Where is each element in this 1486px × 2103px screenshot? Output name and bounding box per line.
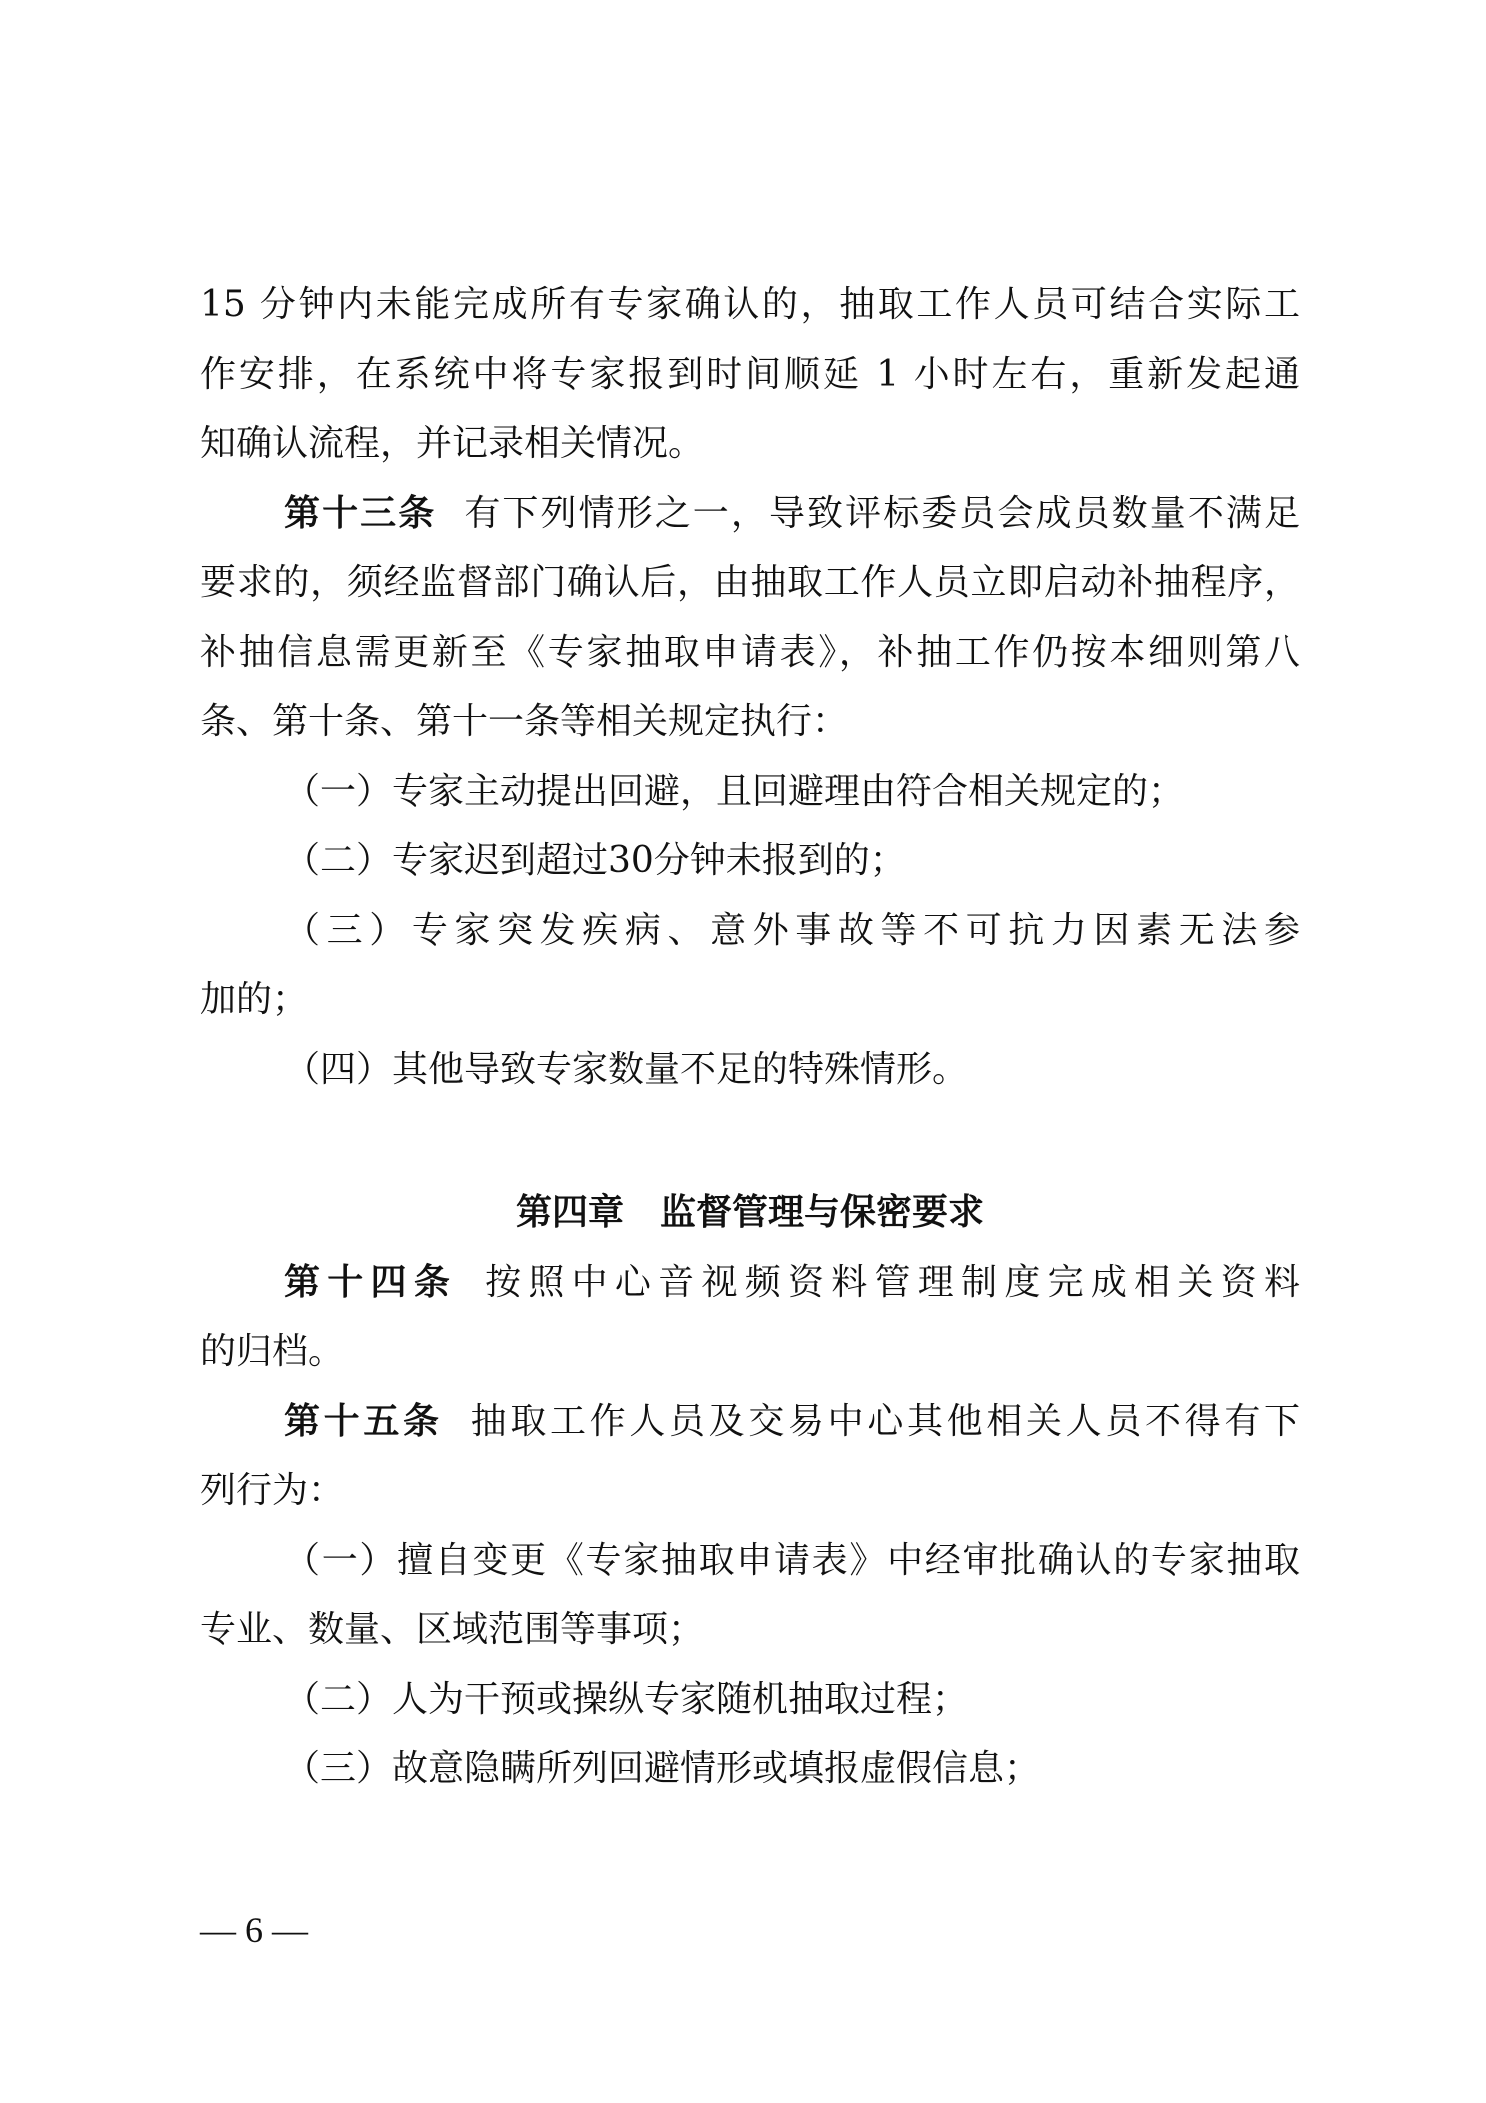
article-14-line-2: 的归档。 bbox=[200, 1317, 1300, 1387]
article-13-line-1: 第十三条有下列情形之一，导致评标委员会成员数量不满足 bbox=[200, 479, 1300, 549]
article-13-heading: 第十三条 bbox=[284, 493, 436, 534]
article-15-text: 抽取工作人员及交易中心其他相关人员不得有下 bbox=[471, 1401, 1300, 1442]
article-13-line-4: 条、第十条、第十一条等相关规定执行： bbox=[200, 687, 1300, 757]
article-14-line-1: 第十四条按照中心音视频资料管理制度完成相关资料 bbox=[200, 1248, 1300, 1318]
chapter-heading: 第四章监督管理与保密要求 bbox=[200, 1178, 1300, 1248]
article-13-item-3-cont: 加的； bbox=[200, 965, 1300, 1035]
article-15-item-3: （三）故意隐瞒所列回避情形或填报虚假信息； bbox=[200, 1734, 1300, 1804]
chapter-title: 监督管理与保密要求 bbox=[660, 1192, 984, 1233]
article-15-heading: 第十五条 bbox=[284, 1401, 443, 1442]
page-number: — 6 — bbox=[200, 1908, 308, 1952]
chapter-number: 第四章 bbox=[516, 1192, 624, 1233]
paragraph-line: 15 分钟内未能完成所有专家确认的，抽取工作人员可结合实际工 bbox=[200, 270, 1300, 340]
document-page: 15 分钟内未能完成所有专家确认的，抽取工作人员可结合实际工 作安排，在系统中将… bbox=[0, 0, 1486, 2103]
paragraph-line: 知确认流程，并记录相关情况。 bbox=[200, 409, 1300, 479]
article-15-line-1: 第十五条抽取工作人员及交易中心其他相关人员不得有下 bbox=[200, 1387, 1300, 1457]
article-13-item-1: （一）专家主动提出回避，且回避理由符合相关规定的； bbox=[200, 757, 1300, 827]
section-gap bbox=[200, 1104, 1300, 1178]
article-13-line-2: 要求的，须经监督部门确认后，由抽取工作人员立即启动补抽程序， bbox=[200, 548, 1300, 618]
article-15-line-2: 列行为： bbox=[200, 1456, 1300, 1526]
article-13-text: 有下列情形之一，导致评标委员会成员数量不满足 bbox=[464, 493, 1300, 534]
article-15-item-2: （二）人为干预或操纵专家随机抽取过程； bbox=[200, 1665, 1300, 1735]
body-text: 15 分钟内未能完成所有专家确认的，抽取工作人员可结合实际工 作安排，在系统中将… bbox=[200, 270, 1300, 1804]
article-13-item-3: （三）专家突发疾病、意外事故等不可抗力因素无法参 bbox=[200, 896, 1300, 966]
article-13-item-4: （四）其他导致专家数量不足的特殊情形。 bbox=[200, 1035, 1300, 1105]
article-13-line-3: 补抽信息需更新至《专家抽取申请表》，补抽工作仍按本细则第八 bbox=[200, 618, 1300, 688]
article-14-heading: 第十四条 bbox=[284, 1262, 457, 1303]
article-14-text: 按照中心音视频资料管理制度完成相关资料 bbox=[485, 1262, 1300, 1303]
article-15-item-1: （一）擅自变更《专家抽取申请表》中经审批确认的专家抽取 bbox=[200, 1526, 1300, 1596]
paragraph-line: 作安排，在系统中将专家报到时间顺延 1 小时左右，重新发起通 bbox=[200, 340, 1300, 410]
article-13-item-2: （二）专家迟到超过30分钟未报到的； bbox=[200, 826, 1300, 896]
article-15-item-1-cont: 专业、数量、区域范围等事项； bbox=[200, 1595, 1300, 1665]
